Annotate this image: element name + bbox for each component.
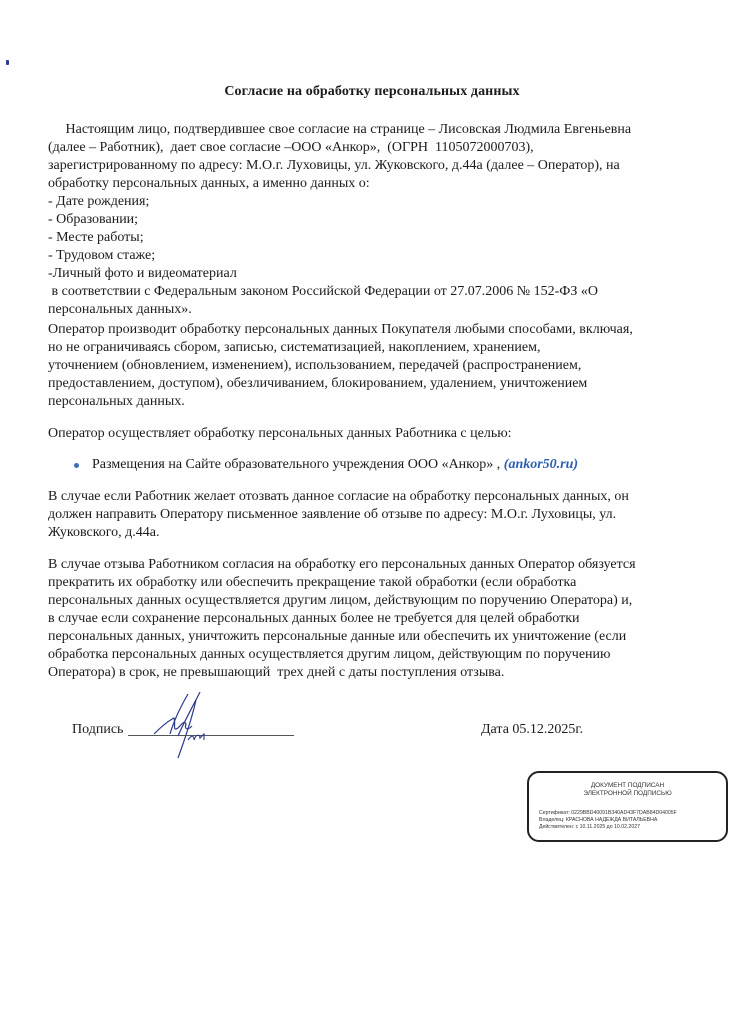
- data-item-photo-video: -Личный фото и видеоматериал: [48, 265, 237, 282]
- data-item-workplace: - Месте работы;: [48, 229, 144, 246]
- consequence-line-7: Оператора) в срок, не превышающий трех д…: [48, 664, 504, 681]
- intro-line-3: зарегистрированному по адресу: М.О.г. Лу…: [48, 157, 620, 174]
- consequence-line-6: обработка персональных данных осуществля…: [48, 646, 610, 663]
- intro-line-1: Настоящим лицо, подтвердившее свое согла…: [48, 121, 631, 138]
- data-item-education: - Образовании;: [48, 211, 138, 228]
- purpose-item-text: Размещения на Сайте образовательного учр…: [92, 457, 504, 472]
- scanned-document-page: Согласие на обработку персональных данны…: [0, 0, 744, 1024]
- intro-line-2: (далее – Работник), дает свое согласие –…: [48, 139, 534, 156]
- consequence-line-2: прекратить их обработку или обеспечить п…: [48, 574, 576, 591]
- scan-artifact-mark: [6, 60, 9, 65]
- stamp-header-line-2: ЭЛЕКТРОННОЙ ПОДПИСЬЮ: [529, 790, 726, 798]
- stamp-certificate: Сертификат: 0229BBD40091B340AD43F7DAB84D…: [539, 810, 677, 817]
- signature-date: Дата 05.12.2025г.: [481, 722, 583, 738]
- processing-line-3: уточнением (обновлением, изменением), ис…: [48, 357, 581, 374]
- data-item-birth-date: - Дате рождения;: [48, 193, 149, 210]
- law-line-1: в соответствии с Федеральным законом Рос…: [48, 283, 598, 300]
- consequence-line-1: В случае отзыва Работником согласия на о…: [48, 556, 636, 573]
- document-title: Согласие на обработку персональных данны…: [0, 84, 744, 100]
- revoke-line-3: Жуковского, д.44а.: [48, 524, 160, 541]
- processing-line-5: персональных данных.: [48, 393, 185, 410]
- handwritten-signature-icon: [148, 690, 228, 760]
- processing-line-2: но не ограничиваясь сбором, записью, сис…: [48, 339, 541, 356]
- purpose-intro: Оператор осуществляет обработку персонал…: [48, 425, 512, 442]
- data-item-experience: - Трудовом стаже;: [48, 247, 155, 264]
- processing-line-1: Оператор производит обработку персональн…: [48, 321, 633, 338]
- electronic-signature-stamp: ДОКУМЕНТ ПОДПИСАН ЭЛЕКТРОННОЙ ПОДПИСЬЮ С…: [527, 771, 728, 842]
- stamp-header-line-1: ДОКУМЕНТ ПОДПИСАН: [529, 782, 726, 790]
- website-link[interactable]: (ankor50.ru): [504, 457, 578, 472]
- revoke-line-2: должен направить Оператору письменное за…: [48, 506, 616, 523]
- law-line-2: персональных данных».: [48, 301, 192, 318]
- consequence-line-5: персональных данных, уничтожить персонал…: [48, 628, 626, 645]
- intro-line-4: обработку персональных данных, а именно …: [48, 175, 370, 192]
- stamp-owner: Владелец: КРАСНОВА НАДЕЖДА ВИТАЛЬЕВНА: [539, 817, 657, 824]
- stamp-validity: Действителен: с 10.11.2025 до 10.02.2027: [539, 824, 640, 831]
- bullet-icon: [74, 463, 79, 468]
- signature-label: Подпись: [72, 722, 123, 738]
- purpose-item: Размещения на Сайте образовательного учр…: [92, 456, 578, 473]
- revoke-line-1: В случае если Работник желает отозвать д…: [48, 488, 629, 505]
- processing-line-4: предоставлением, доступом), обезличивани…: [48, 375, 587, 392]
- consequence-line-3: персональных данных осуществляется други…: [48, 592, 632, 609]
- consequence-line-4: в случае если сохранение персональных да…: [48, 610, 580, 627]
